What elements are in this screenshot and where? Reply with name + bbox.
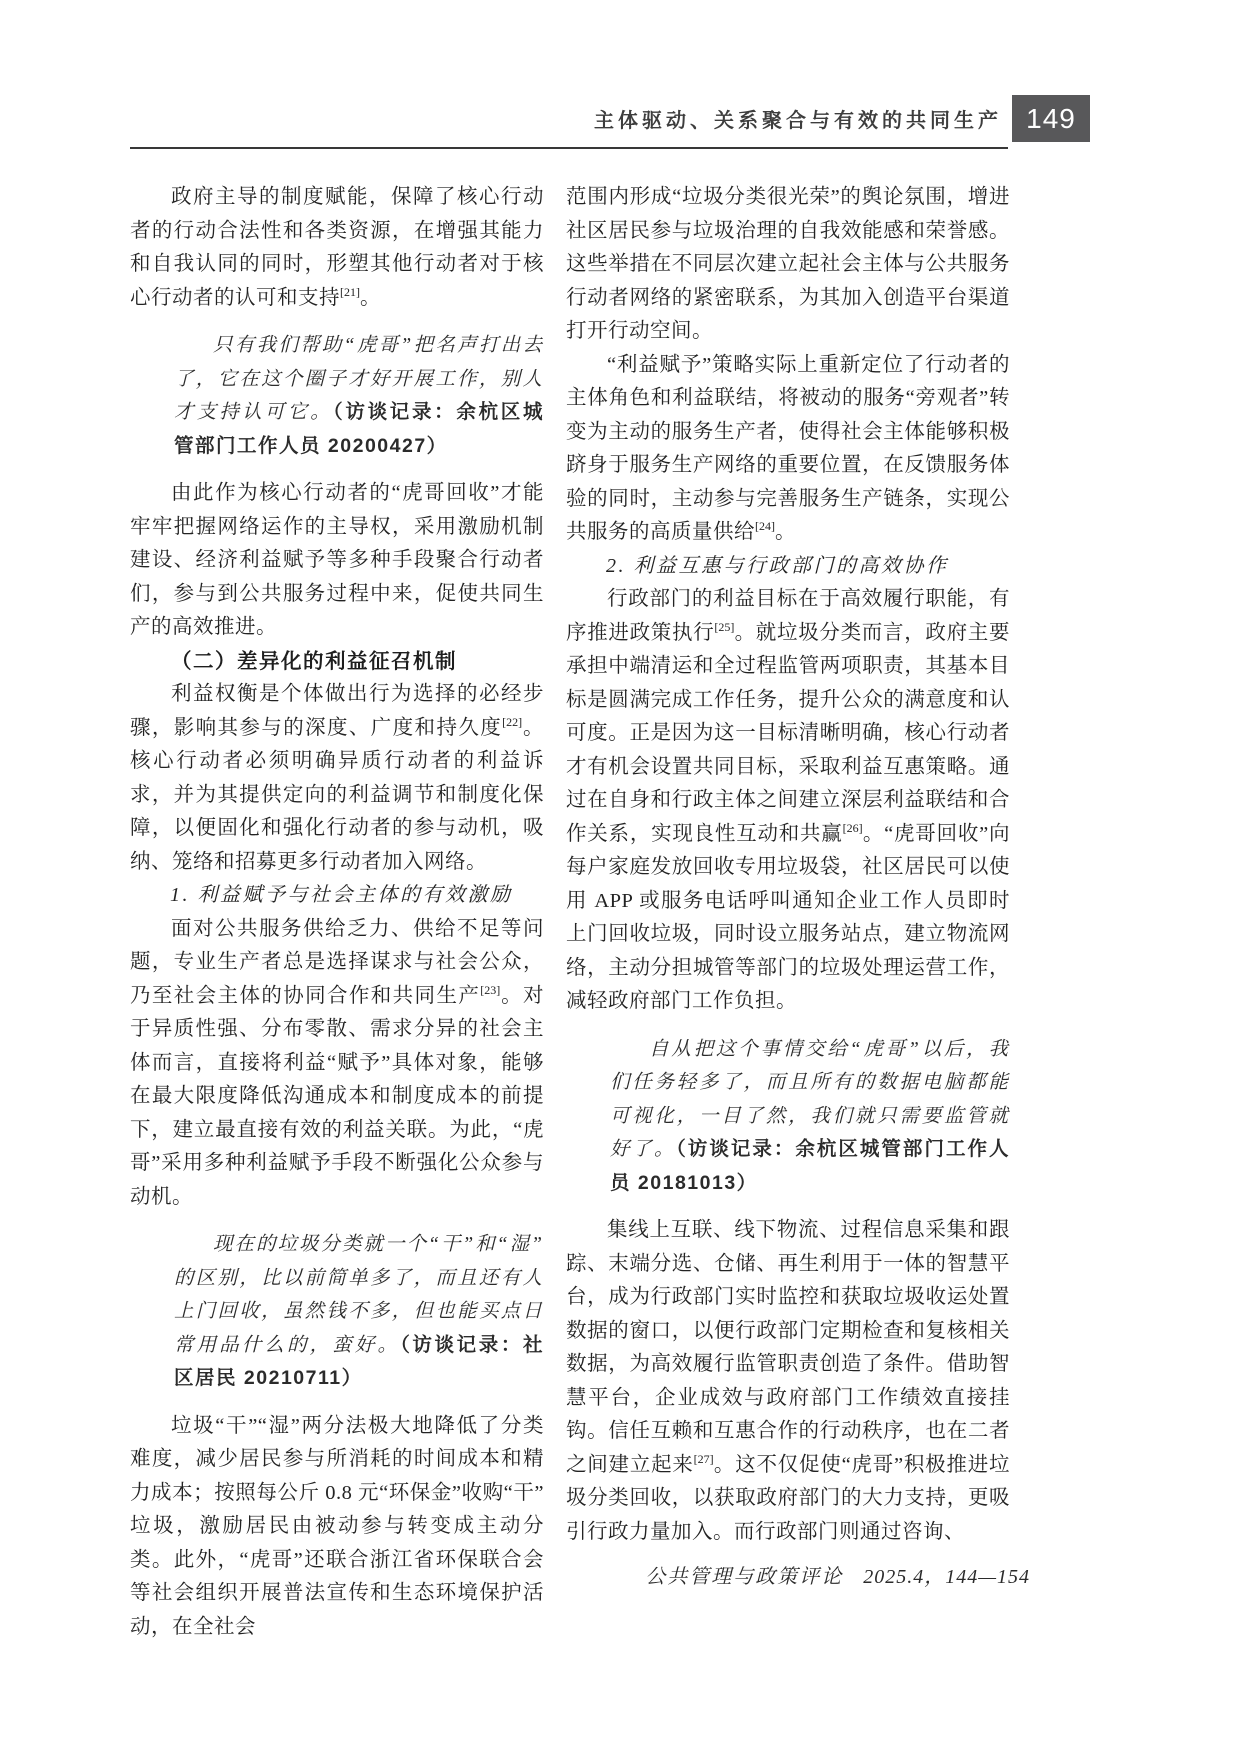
left-column: 政府主导的制度赋能，保障了核心行动者的行动合法性和各类资源，在增强其能力和自我认… <box>130 181 544 1644</box>
article-body: 政府主导的制度赋能，保障了核心行动者的行动合法性和各类资源，在增强其能力和自我认… <box>130 181 1010 1644</box>
quote-attribution: （访谈记录：余杭区城管部门工作人员 20200427） <box>174 401 544 457</box>
citation-ref: [23] <box>480 983 500 997</box>
paragraph: 集线上互联、线下物流、过程信息采集和跟踪、末端分选、仓储、再生利用于一体的智慧平… <box>566 1214 1010 1549</box>
page-number-badge: 149 <box>1012 95 1090 142</box>
right-column: 范围内形成“垃圾分类很光荣”的舆论氛围，增进社区居民参与垃圾治理的自我效能感和荣… <box>566 181 1010 1644</box>
paragraph: 利益权衡是个体做出行为选择的必经步骤，影响其参与的深度、广度和持久度[22]。核… <box>130 678 544 879</box>
page-header: 主体驱动、关系聚合与有效的共同生产 149 <box>130 95 1090 142</box>
paragraph: “利益赋予”策略实际上重新定位了行动者的主体角色和利益联结，将被动的服务“旁观者… <box>566 349 1010 550</box>
header-rule <box>130 147 1008 149</box>
section-heading: （二）差异化的利益征召机制 <box>130 645 544 679</box>
citation-ref: [22] <box>502 715 522 729</box>
paragraph: 政府主导的制度赋能，保障了核心行动者的行动合法性和各类资源，在增强其能力和自我认… <box>130 181 544 315</box>
running-title: 主体驱动、关系聚合与有效的共同生产 <box>594 104 1002 133</box>
footer-journal-title: 公共管理与政策评论 <box>645 1566 843 1588</box>
interview-quote: 现在的垃圾分类就一个“干”和“湿”的区别，比以前简单多了，而且还有人上门回收，虽… <box>174 1228 544 1396</box>
paragraph: 垃圾“干”“湿”两分法极大地降低了分类难度，减少居民参与所消耗的时间成本和精力成… <box>130 1410 544 1645</box>
quote-attribution: （访谈记录：余杭区城管部门工作人员 20181013） <box>610 1138 1010 1194</box>
sub-heading: 1. 利益赋予与社会主体的有效激励 <box>130 879 544 913</box>
citation-ref: [27] <box>694 1452 714 1466</box>
citation-ref: [25] <box>714 620 734 634</box>
citation-ref: [21] <box>340 285 360 299</box>
journal-page: 主体驱动、关系聚合与有效的共同生产 149 政府主导的制度赋能，保障了核心行动者… <box>0 0 1240 1754</box>
paragraph: 行政部门的利益目标在于高效履行职能，有序推进政策执行[25]。就垃圾分类而言，政… <box>566 583 1010 1019</box>
paragraph: 由此作为核心行动者的“虎哥回收”才能牢牢把握网络运作的主导权，采用激励机制建设、… <box>130 477 544 645</box>
page-footer: 公共管理与政策评论2025.4，144—154 <box>130 1560 1030 1589</box>
interview-quote: 只有我们帮助“虎哥”把名声打出去了，它在这个圈子才好开展工作，别人才支持认可它。… <box>174 329 544 463</box>
sub-heading: 2. 利益互惠与行政部门的高效协作 <box>566 550 1010 584</box>
quote-attribution: （访谈记录：社区居民 20210711） <box>174 1334 544 1390</box>
citation-ref: [24] <box>755 519 775 533</box>
paragraph: 面对公共服务供给乏力、供给不足等问题，专业生产者总是选择谋求与社会公众，乃至社会… <box>130 913 544 1215</box>
interview-quote: 自从把这个事情交给“虎哥”以后，我们任务轻多了，而且所有的数据电脑都能可视化，一… <box>610 1033 1010 1201</box>
paragraph: 范围内形成“垃圾分类很光荣”的舆论氛围，增进社区居民参与垃圾治理的自我效能感和荣… <box>566 181 1010 349</box>
citation-ref: [26] <box>843 821 863 835</box>
footer-issue-info: 2025.4，144—154 <box>863 1566 1030 1588</box>
